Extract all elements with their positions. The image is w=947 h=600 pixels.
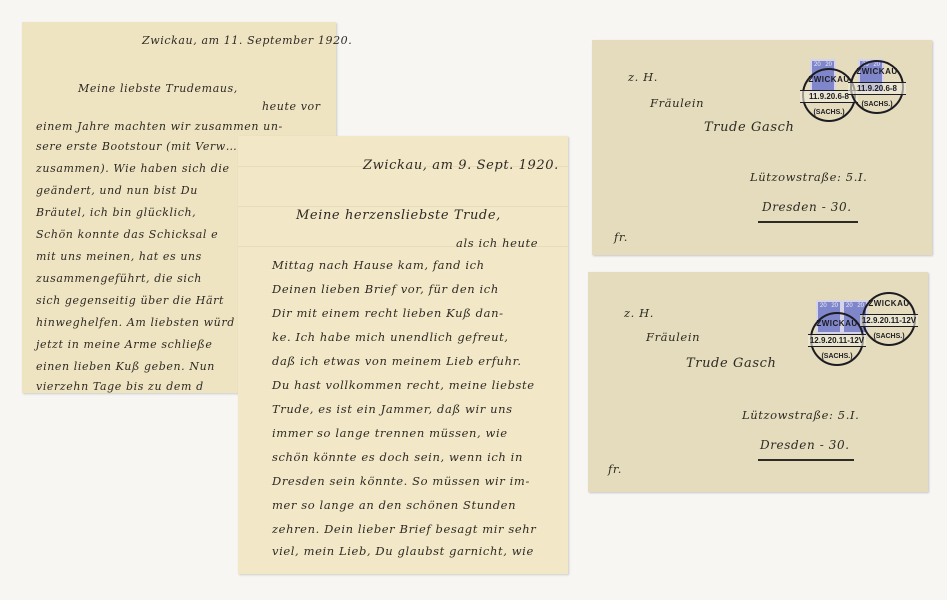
- letter-1-line: heute vor: [262, 100, 321, 113]
- letter-1-line: einen lieben Kuß geben. Nun: [36, 360, 215, 373]
- envelope-1-corner-note: fr.: [614, 230, 628, 244]
- envelope-1-recipient-name: Trude Gasch: [704, 120, 794, 135]
- envelope-1-title: Fräulein: [650, 96, 704, 110]
- letter-1-line: zusammengeführt, die sich: [36, 272, 202, 285]
- letter-1-line: jetzt in meine Arme schließe: [36, 338, 212, 351]
- letter-1-line: mit uns meinen, hat es uns: [36, 250, 202, 263]
- letter-2-line: schön könnte es doch sein, wenn ich in: [272, 450, 523, 464]
- letter-2-line: zehren. Dein lieber Brief besagt mir seh…: [272, 522, 536, 536]
- letter-1-line: sich gegenseitig über die Härt: [36, 294, 224, 307]
- postmark-stamp: ZWICKAU 11.9.20.6-8 (SACHS.): [802, 68, 856, 122]
- city-underline: [758, 221, 858, 223]
- letter-2-line: Dresden sein könnte. So müssen wir im-: [272, 474, 530, 488]
- envelope-1-city: Dresden - 30.: [762, 200, 852, 214]
- letter-page-2: Zwickau, am 9. Sept. 1920. Meine herzens…: [238, 136, 568, 574]
- letter-2-line: Du hast vollkommen recht, meine liebste: [272, 378, 535, 392]
- envelope-2-city: Dresden - 30.: [760, 438, 850, 452]
- letter-2-line: Trude, es ist ein Jammer, daß wir uns: [272, 402, 513, 416]
- letter-2-line: ke. Ich habe mich unendlich gefreut,: [272, 330, 509, 344]
- envelope-1-street: Lützowstraße: 5.I.: [750, 170, 867, 184]
- letter-2-salutation: Meine herzensliebste Trude,: [296, 208, 501, 223]
- letter-2-line: als ich heute: [456, 236, 538, 250]
- postmark-stamp: ZWICKAU 11.9.20.6-8 (SACHS.): [850, 60, 904, 114]
- letter-2-line: mer so lange an den schönen Stunden: [272, 498, 516, 512]
- letter-1-line: vierzehn Tage bis zu dem d: [36, 380, 204, 393]
- letter-1-line: hinweghelfen. Am liebsten würd: [36, 316, 235, 329]
- letter-2-line: Deinen lieben Brief vor, für den ich: [272, 282, 499, 296]
- envelope-2-prefix: z. H.: [624, 306, 654, 320]
- letter-1-line: geändert, und nun bist Du: [36, 184, 198, 197]
- envelope-2: 20 20 20 20 ZWICKAU 12.9.20.11-12V (SACH…: [588, 272, 928, 492]
- letter-1-line: sere erste Bootstour (mit Verw…: [36, 140, 237, 153]
- letter-1-line: Schön konnte das Schicksal e: [36, 228, 218, 241]
- envelope-2-recipient-name: Trude Gasch: [686, 356, 776, 371]
- letter-1-line: zusammen). Wie haben sich die: [36, 162, 230, 175]
- letter-2-dateline: Zwickau, am 9. Sept. 1920.: [363, 158, 559, 173]
- letter-1-salutation: Meine liebste Trudemaus,: [78, 82, 238, 95]
- postmark-stamp: ZWICKAU 12.9.20.11-12V (SACHS.): [862, 292, 916, 346]
- letter-2-line: Mittag nach Hause kam, fand ich: [272, 258, 485, 272]
- envelope-2-street: Lützowstraße: 5.I.: [742, 408, 859, 422]
- envelope-1: 20 20 20 20 ZWICKAU 11.9.20.6-8 (SACHS.)…: [592, 40, 932, 255]
- letter-1-line: einem Jahre machten wir zusammen un-: [36, 120, 283, 133]
- letter-1-line: Bräutel, ich bin glücklich,: [36, 206, 196, 219]
- show-through-line: [238, 206, 568, 207]
- letter-2-line: viel, mein Lieb, Du glaubst garnicht, wi…: [272, 544, 534, 558]
- envelope-2-title: Fräulein: [646, 330, 700, 344]
- letter-1-dateline: Zwickau, am 11. September 1920.: [142, 34, 352, 47]
- envelope-1-prefix: z. H.: [628, 70, 658, 84]
- letter-2-line: immer so lange trennen müssen, wie: [272, 426, 508, 440]
- envelope-2-corner-note: fr.: [608, 462, 622, 476]
- letter-2-line: daß ich etwas von meinem Lieb erfuhr.: [272, 354, 522, 368]
- city-underline: [758, 459, 854, 461]
- letter-2-line: Dir mit einem recht lieben Kuß dan-: [272, 306, 504, 320]
- postmark-stamp: ZWICKAU 12.9.20.11-12V (SACHS.): [810, 312, 864, 366]
